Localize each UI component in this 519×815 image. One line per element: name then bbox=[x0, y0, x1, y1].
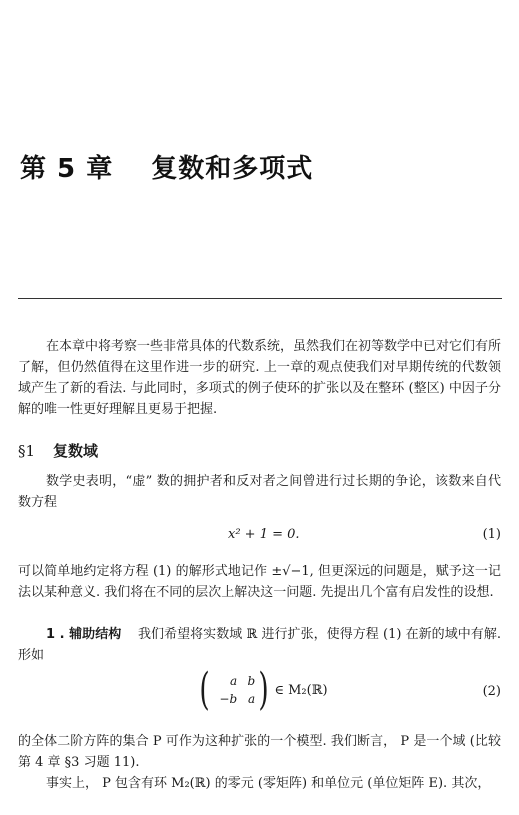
equation-2: ( a b −b a ) ∈ M₂(ℝ) (2) bbox=[18, 668, 501, 718]
section-symbol: §1 bbox=[18, 442, 35, 460]
matrix-cell: a bbox=[237, 692, 255, 706]
section-heading: §1复数域 bbox=[18, 440, 98, 461]
equation-2-number: (2) bbox=[483, 684, 501, 699]
item-1-paragraph: 1 . 辅助结构 我们希望将实数域 ℝ 进行扩张，使得方程 (1) 在新的域中有… bbox=[18, 624, 501, 666]
equation-2-body: ( a b −b a ) ∈ M₂(ℝ) bbox=[196, 668, 328, 712]
paragraph-2: 可以简单地约定将方程 (1) 的解形式地记作 ±√−1, 但更深远的问题是，赋予… bbox=[18, 561, 501, 603]
matrix-cell: −b bbox=[213, 692, 237, 706]
paragraph-3: 的全体二阶方阵的集合 P 可作为这种扩张的一个模型. 我们断言， P 是一个域 … bbox=[18, 731, 501, 773]
matrix-cell: a bbox=[213, 674, 237, 688]
section-title: 复数域 bbox=[53, 442, 98, 460]
equation-1-body: x² + 1 = 0. bbox=[228, 527, 300, 542]
left-paren: ( bbox=[199, 668, 209, 712]
chapter-name: 复数和多项式 bbox=[151, 154, 313, 184]
paragraph-4: 事实上， P 包含有环 M₂(ℝ) 的零元 (零矩阵) 和单位元 (单位矩阵 E… bbox=[18, 773, 501, 794]
chapter-divider bbox=[18, 298, 502, 299]
chapter-title: 第 5 章复数和多项式 bbox=[20, 148, 313, 185]
right-paren: ) bbox=[259, 668, 269, 712]
intro-paragraph: 在本章中将考察一些非常具体的代数系统，虽然我们在初等数学中已对它们有所了解，但仍… bbox=[18, 336, 501, 420]
item-1-label: 1 . 辅助结构 bbox=[46, 627, 121, 642]
paragraph-1: 数学史表明，“虚” 数的拥护者和反对者之间曾进行过长期的争论，该数来自代数方程 bbox=[18, 471, 501, 513]
matrix-cell: b bbox=[237, 674, 255, 688]
matrix: ( a b −b a ) ∈ M₂(ℝ) bbox=[196, 668, 328, 712]
matrix-grid: a b −b a bbox=[213, 674, 255, 706]
equation-1: x² + 1 = 0. (1) bbox=[18, 527, 501, 547]
equation-1-number: (1) bbox=[483, 527, 501, 542]
chapter-number: 第 5 章 bbox=[20, 154, 113, 184]
matrix-membership: ∈ M₂(ℝ) bbox=[274, 683, 327, 698]
